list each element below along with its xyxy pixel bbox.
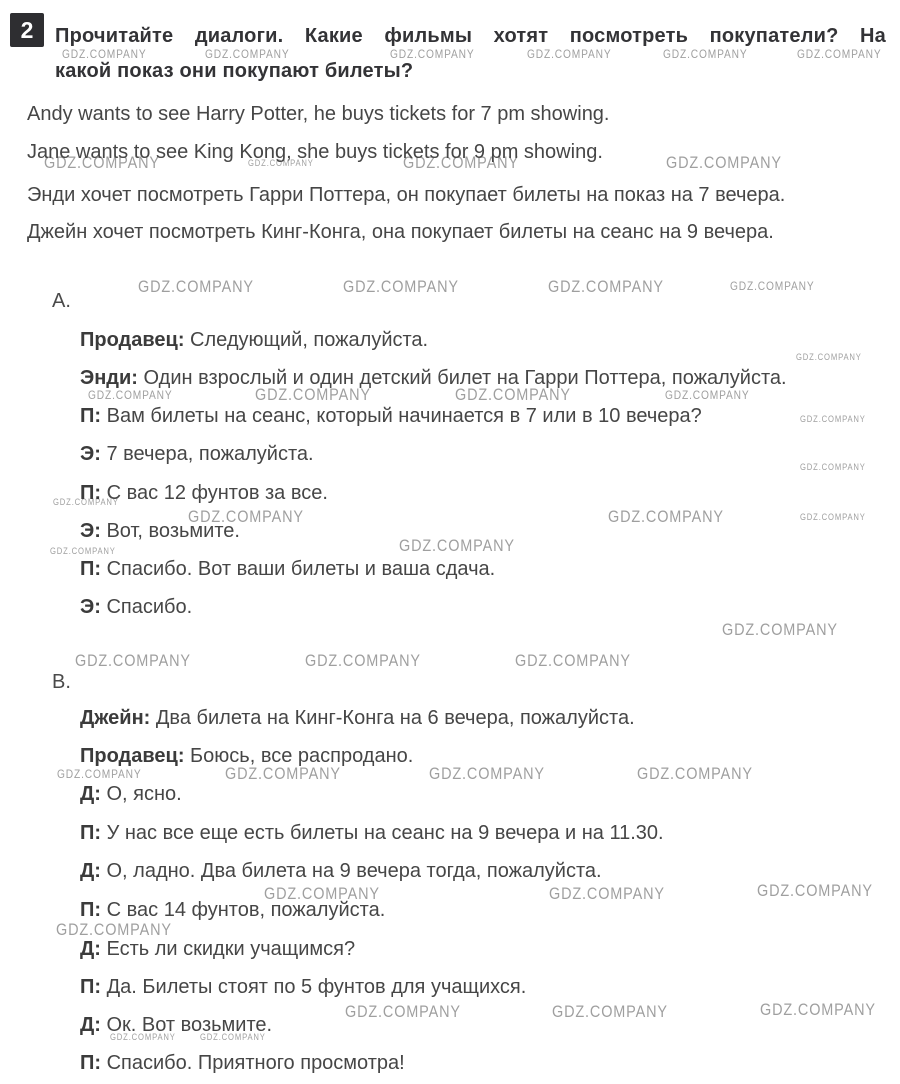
watermark-text: GDZ.COMPANY [57,767,142,781]
dialog-b-line-8: П: Да. Билеты стоят по 5 фунтов для учащ… [80,975,526,999]
dialog-b-line-1: Джейн: Два билета на Кинг-Конга на 6 веч… [80,706,635,730]
speaker-label: Продавец: [80,745,184,767]
speaker-label: Джейн: [80,707,150,729]
intro-russian-line-1: Энди хочет посмотреть Гарри Поттера, он … [27,183,785,207]
dialog-b-line-6: П: С вас 14 фунтов, пожалуйста. [80,898,385,922]
watermark-text: GDZ.COMPANY [138,277,254,297]
speaker-label: П: [80,899,101,921]
speaker-label: Э: [80,443,101,465]
intro-russian-line-2: Джейн хочет посмотреть Кинг-Конга, она п… [27,220,774,244]
line-text: О, ясно. [106,783,181,805]
watermark-text: GDZ.COMPANY [343,277,459,297]
speaker-label: Продавец: [80,329,184,351]
intro-english-line-1: Andy wants to see Harry Potter, he buys … [27,102,610,126]
line-text: С вас 12 фунтов за все. [107,482,328,504]
line-text: Вот, возьмите. [106,520,240,542]
line-text: С вас 14 фунтов, пожалуйста. [107,899,386,921]
watermark-text: GDZ.COMPANY [666,153,782,173]
dialog-b-line-3: Д: О, ясно. [80,782,182,806]
line-text: У нас все еще есть билеты на сеанс на 9 … [107,822,664,844]
watermark-text: GDZ.COMPANY [800,414,866,424]
line-text: Боюсь, все распродано. [190,745,413,767]
dialog-b-line-7: Д: Есть ли скидки учащимся? [80,937,355,961]
dialog-a-line-6: Э: Вот, возьмите. [80,519,240,543]
speaker-label: Энди: [80,367,138,389]
speaker-label: Э: [80,596,101,618]
speaker-label: П: [80,405,101,427]
watermark-text: GDZ.COMPANY [722,620,838,640]
watermark-text: GDZ.COMPANY [796,352,862,362]
dialog-b-line-9: Д: Ок. Вот возьмите. [80,1013,272,1037]
dialog-b-line-2: Продавец: Боюсь, все распродано. [80,744,413,768]
watermark-text: GDZ.COMPANY [305,651,421,671]
line-text: Вам билеты на сеанс, который начинается … [107,405,702,427]
dialog-b-label: B. [52,671,71,694]
line-text: Два билета на Кинг-Конга на 6 вечера, по… [156,707,635,729]
line-text: Спасибо. [106,596,192,618]
watermark-text: GDZ.COMPANY [730,279,815,293]
speaker-label: Д: [80,938,101,960]
task-number-badge: 2 [10,13,44,47]
speaker-label: Д: [80,860,101,882]
line-text: Спасибо. Приятного просмотра! [107,1052,405,1074]
speaker-label: П: [80,976,101,998]
dialog-a-line-3: П: Вам билеты на сеанс, который начинает… [80,404,702,428]
speaker-label: Д: [80,1014,101,1036]
line-text: Да. Билеты стоят по 5 фунтов для учащихс… [107,976,527,998]
dialog-a-line-4: Э: 7 вечера, пожалуйста. [80,442,314,466]
watermark-text: GDZ.COMPANY [757,881,873,901]
line-text: О, ладно. Два билета на 9 вечера тогда, … [106,860,601,882]
watermark-text: GDZ.COMPANY [548,277,664,297]
watermark-text: GDZ.COMPANY [637,764,753,784]
dialog-a-line-8: Э: Спасибо. [80,595,192,619]
dialog-a-line-2: Энди: Один взрослый и один детский билет… [80,366,787,390]
speaker-label: П: [80,558,101,580]
watermark-text: GDZ.COMPANY [608,507,724,527]
dialog-a-line-5: П: С вас 12 фунтов за все. [80,481,328,505]
dialog-a-line-1: Продавец: Следующий, пожалуйста. [80,328,428,352]
watermark-text: GDZ.COMPANY [760,1000,876,1020]
speaker-label: П: [80,1052,101,1074]
line-text: Один взрослый и один детский билет на Га… [144,367,787,389]
watermark-text: GDZ.COMPANY [800,462,866,472]
line-text: 7 вечера, пожалуйста. [106,443,313,465]
speaker-label: П: [80,822,101,844]
dialog-b-line-4: П: У нас все еще есть билеты на сеанс на… [80,821,664,845]
line-text: Ок. Вот возьмите. [106,1014,272,1036]
line-text: Спасибо. Вот ваши билеты и ваша сдача. [107,558,496,580]
dialog-a-label: A. [52,290,71,313]
task-title-line-1: Прочитайте диалоги. Какие фильмы хотят п… [55,24,886,48]
watermark-text: GDZ.COMPANY [88,388,173,402]
line-text: Есть ли скидки учащимся? [106,938,355,960]
intro-english-line-2: Jane wants to see King Kong, she buys ti… [27,140,603,164]
watermark-text: GDZ.COMPANY [549,884,665,904]
watermark-text: GDZ.COMPANY [75,651,191,671]
line-text: Следующий, пожалуйста. [190,329,428,351]
task-title-line-2: какой показ они покупают билеты? [55,59,886,83]
dialog-b-line-10: П: Спасибо. Приятного просмотра! [80,1051,405,1075]
watermark-text: GDZ.COMPANY [399,536,515,556]
speaker-label: Д: [80,783,101,805]
watermark-text: GDZ.COMPANY [552,1002,668,1022]
answer-page: GDZ.COMPANYGDZ.COMPANYGDZ.COMPANYGDZ.COM… [0,0,900,1084]
dialog-a-line-7: П: Спасибо. Вот ваши билеты и ваша сдача… [80,557,495,581]
watermark-text: GDZ.COMPANY [665,388,750,402]
speaker-label: Э: [80,520,101,542]
watermark-text: GDZ.COMPANY [800,512,866,522]
speaker-label: П: [80,482,101,504]
watermark-text: GDZ.COMPANY [50,546,116,556]
watermark-text: GDZ.COMPANY [515,651,631,671]
dialog-b-line-5: Д: О, ладно. Два билета на 9 вечера тогд… [80,859,602,883]
watermark-text: GDZ.COMPANY [345,1002,461,1022]
watermark-text: GDZ.COMPANY [429,764,545,784]
